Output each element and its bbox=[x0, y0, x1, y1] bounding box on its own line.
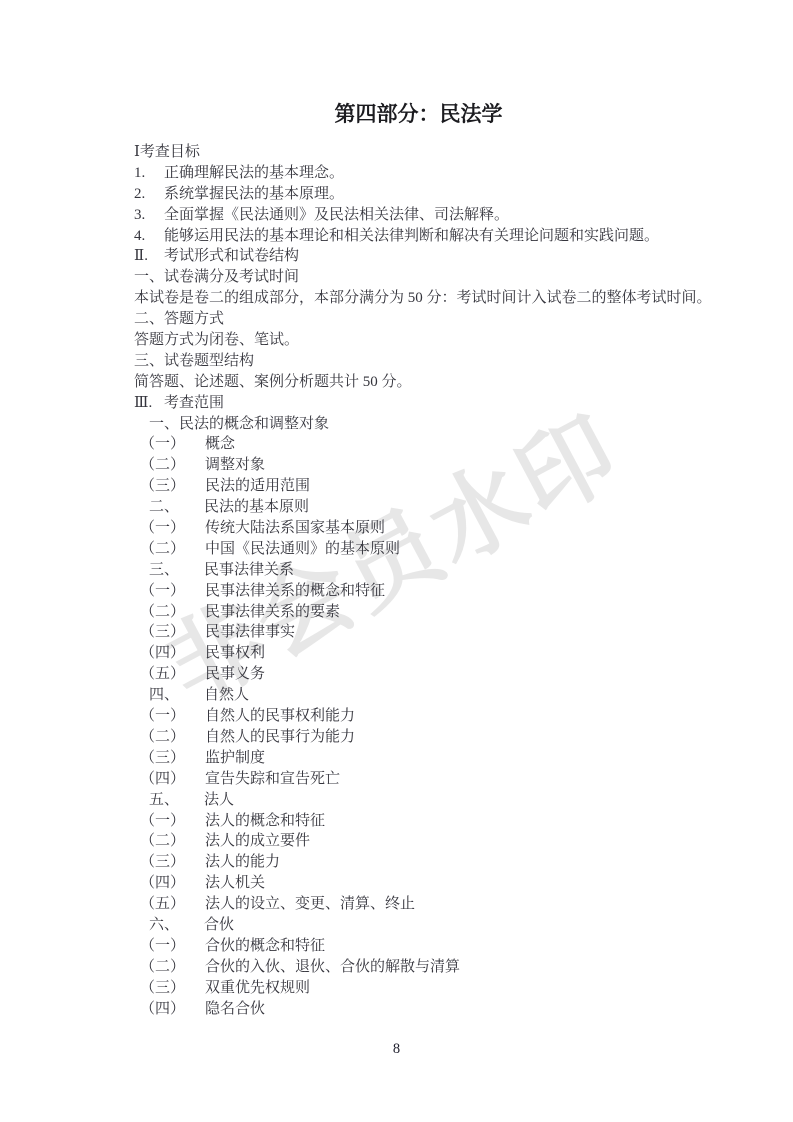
line-text: 正确理解民法的基本理念。 bbox=[164, 163, 344, 184]
doc-line: （二）中国《民法通则》的基本原则 bbox=[134, 539, 753, 560]
line-text: 简答题、论述题、案例分析题共计 50 分。 bbox=[134, 372, 412, 393]
line-number: 2. bbox=[134, 184, 164, 205]
line-number: （三） bbox=[140, 748, 205, 769]
line-number: 二、 bbox=[149, 497, 204, 518]
line-number: （四） bbox=[140, 643, 205, 664]
line-text: 合伙 bbox=[204, 915, 234, 936]
doc-line: （三）双重优先权规则 bbox=[134, 978, 753, 999]
line-text: 监护制度 bbox=[205, 748, 265, 769]
page-number: 8 bbox=[0, 1041, 793, 1058]
doc-line: 1.正确理解民法的基本理念。 bbox=[134, 163, 753, 184]
line-number: 四、 bbox=[149, 685, 204, 706]
doc-line: （五）民事义务 bbox=[134, 664, 753, 685]
line-number: （四） bbox=[140, 769, 205, 790]
doc-line: （四）隐名合伙 bbox=[134, 999, 753, 1020]
document-page: 非会员水印 第四部分：民法学 Ⅰ考查目标1.正确理解民法的基本理念。2.系统掌握… bbox=[0, 0, 793, 1122]
line-text: 二、答题方式 bbox=[134, 309, 224, 330]
page-title: 第四部分：民法学 bbox=[0, 0, 793, 127]
line-text: 自然人的民事行为能力 bbox=[205, 727, 355, 748]
doc-line: 三、民事法律关系 bbox=[134, 560, 753, 581]
line-text: 民事法律关系 bbox=[204, 560, 294, 581]
line-number: （三） bbox=[140, 476, 205, 497]
doc-line: 本试卷是卷二的组成部分，本部分满分为 50 分：考试时间计入试卷二的整体考试时间… bbox=[134, 288, 753, 309]
line-number: （一） bbox=[140, 936, 205, 957]
line-number: （四） bbox=[140, 999, 205, 1020]
line-number: （三） bbox=[140, 978, 205, 999]
doc-line: （四）民事权利 bbox=[134, 643, 753, 664]
line-text: 能够运用民法的基本理论和相关法律判断和解决有关理论问题和实践问题。 bbox=[164, 226, 659, 247]
line-number: 4. bbox=[134, 226, 164, 247]
doc-line: 2.系统掌握民法的基本原理。 bbox=[134, 184, 753, 205]
doc-line: Ⅱ.考试形式和试卷结构 bbox=[134, 246, 753, 267]
doc-line: （一）传统大陆法系国家基本原则 bbox=[134, 518, 753, 539]
line-number: （一） bbox=[140, 518, 205, 539]
doc-line: （二）合伙的入伙、退伙、合伙的解散与清算 bbox=[134, 957, 753, 978]
doc-line: Ⅰ考查目标 bbox=[134, 142, 753, 163]
line-number: （四） bbox=[140, 873, 205, 894]
line-number: （二） bbox=[140, 539, 205, 560]
line-text: 法人的设立、变更、清算、终止 bbox=[205, 894, 415, 915]
line-number: （二） bbox=[140, 831, 205, 852]
line-text: 民法的基本原则 bbox=[204, 497, 309, 518]
doc-line: （三）民事法律事实 bbox=[134, 622, 753, 643]
doc-line: 四、自然人 bbox=[134, 685, 753, 706]
line-text: 考试形式和试卷结构 bbox=[164, 246, 299, 267]
doc-line: （三）监护制度 bbox=[134, 748, 753, 769]
line-text: 概念 bbox=[205, 434, 235, 455]
line-text: 自然人 bbox=[204, 685, 249, 706]
doc-line: 二、民法的基本原则 bbox=[134, 497, 753, 518]
line-text: 一、试卷满分及考试时间 bbox=[134, 267, 299, 288]
line-text: 考查范围 bbox=[164, 393, 224, 414]
line-text: 民事法律事实 bbox=[205, 622, 295, 643]
doc-line: 简答题、论述题、案例分析题共计 50 分。 bbox=[134, 372, 753, 393]
line-text: 法人机关 bbox=[205, 873, 265, 894]
line-text: 宣告失踪和宣告死亡 bbox=[205, 769, 340, 790]
doc-line: 三、试卷题型结构 bbox=[134, 351, 753, 372]
line-number: （一） bbox=[140, 811, 205, 832]
line-text: 系统掌握民法的基本原理。 bbox=[164, 184, 344, 205]
line-text: 隐名合伙 bbox=[205, 999, 265, 1020]
line-text: 一、民法的概念和调整对象 bbox=[149, 414, 329, 435]
doc-line: （一）民事法律关系的概念和特征 bbox=[134, 581, 753, 602]
doc-line: 六、合伙 bbox=[134, 915, 753, 936]
line-number: （五） bbox=[140, 894, 205, 915]
doc-line: （一）法人的概念和特征 bbox=[134, 811, 753, 832]
line-number: 六、 bbox=[149, 915, 204, 936]
line-number: （一） bbox=[140, 434, 205, 455]
doc-line: （一）自然人的民事权利能力 bbox=[134, 706, 753, 727]
line-text: 法人的能力 bbox=[205, 852, 280, 873]
line-text: 法人的成立要件 bbox=[205, 831, 310, 852]
line-text: 三、试卷题型结构 bbox=[134, 351, 254, 372]
line-text: 本试卷是卷二的组成部分，本部分满分为 50 分：考试时间计入试卷二的整体考试时间… bbox=[134, 288, 712, 309]
document-body: Ⅰ考查目标1.正确理解民法的基本理念。2.系统掌握民法的基本原理。3.全面掌握《… bbox=[0, 142, 793, 1019]
line-number: （三） bbox=[140, 622, 205, 643]
line-number: 三、 bbox=[149, 560, 204, 581]
line-number: （二） bbox=[140, 727, 205, 748]
line-number: （二） bbox=[140, 602, 205, 623]
line-number: （二） bbox=[140, 957, 205, 978]
doc-line: （三）民法的适用范围 bbox=[134, 476, 753, 497]
doc-line: （二）调整对象 bbox=[134, 455, 753, 476]
doc-line: 一、试卷满分及考试时间 bbox=[134, 267, 753, 288]
line-number: （三） bbox=[140, 852, 205, 873]
doc-line: （五）法人的设立、变更、清算、终止 bbox=[134, 894, 753, 915]
line-text: 法人的概念和特征 bbox=[205, 811, 325, 832]
line-number: （二） bbox=[140, 455, 205, 476]
line-text: 传统大陆法系国家基本原则 bbox=[205, 518, 385, 539]
doc-line: （二）自然人的民事行为能力 bbox=[134, 727, 753, 748]
line-text: 答题方式为闭卷、笔试。 bbox=[134, 330, 299, 351]
doc-line: （二）民事法律关系的要素 bbox=[134, 602, 753, 623]
line-number: （一） bbox=[140, 581, 205, 602]
doc-line: （四）法人机关 bbox=[134, 873, 753, 894]
line-text: 合伙的概念和特征 bbox=[205, 936, 325, 957]
doc-line: （二）法人的成立要件 bbox=[134, 831, 753, 852]
line-text: 民事义务 bbox=[205, 664, 265, 685]
line-text: 法人 bbox=[204, 790, 234, 811]
line-text: 民法的适用范围 bbox=[205, 476, 310, 497]
line-text: 民事法律关系的概念和特征 bbox=[205, 581, 385, 602]
line-text: 自然人的民事权利能力 bbox=[205, 706, 355, 727]
line-text: Ⅰ考查目标 bbox=[134, 142, 200, 163]
doc-line: （一）概念 bbox=[134, 434, 753, 455]
line-text: 双重优先权规则 bbox=[205, 978, 310, 999]
line-number: （一） bbox=[140, 706, 205, 727]
doc-line: （四）宣告失踪和宣告死亡 bbox=[134, 769, 753, 790]
doc-line: 二、答题方式 bbox=[134, 309, 753, 330]
line-text: 中国《民法通则》的基本原则 bbox=[205, 539, 400, 560]
line-text: 全面掌握《民法通则》及民法相关法律、司法解释。 bbox=[164, 205, 509, 226]
doc-line: 答题方式为闭卷、笔试。 bbox=[134, 330, 753, 351]
doc-line: 五、法人 bbox=[134, 790, 753, 811]
line-number: 1. bbox=[134, 163, 164, 184]
doc-line: 4.能够运用民法的基本理论和相关法律判断和解决有关理论问题和实践问题。 bbox=[134, 226, 753, 247]
line-text: 民事权利 bbox=[205, 643, 265, 664]
line-number: Ⅱ. bbox=[134, 246, 164, 267]
line-text: 民事法律关系的要素 bbox=[205, 602, 340, 623]
line-number: 五、 bbox=[149, 790, 204, 811]
line-text: 调整对象 bbox=[205, 455, 265, 476]
line-text: 合伙的入伙、退伙、合伙的解散与清算 bbox=[205, 957, 460, 978]
line-number: Ⅲ. bbox=[134, 393, 164, 414]
doc-line: 3.全面掌握《民法通则》及民法相关法律、司法解释。 bbox=[134, 205, 753, 226]
doc-line: （三）法人的能力 bbox=[134, 852, 753, 873]
doc-line: （一）合伙的概念和特征 bbox=[134, 936, 753, 957]
line-number: 3. bbox=[134, 205, 164, 226]
doc-line: Ⅲ.考查范围 bbox=[134, 393, 753, 414]
line-number: （五） bbox=[140, 664, 205, 685]
doc-line: 一、民法的概念和调整对象 bbox=[134, 414, 753, 435]
